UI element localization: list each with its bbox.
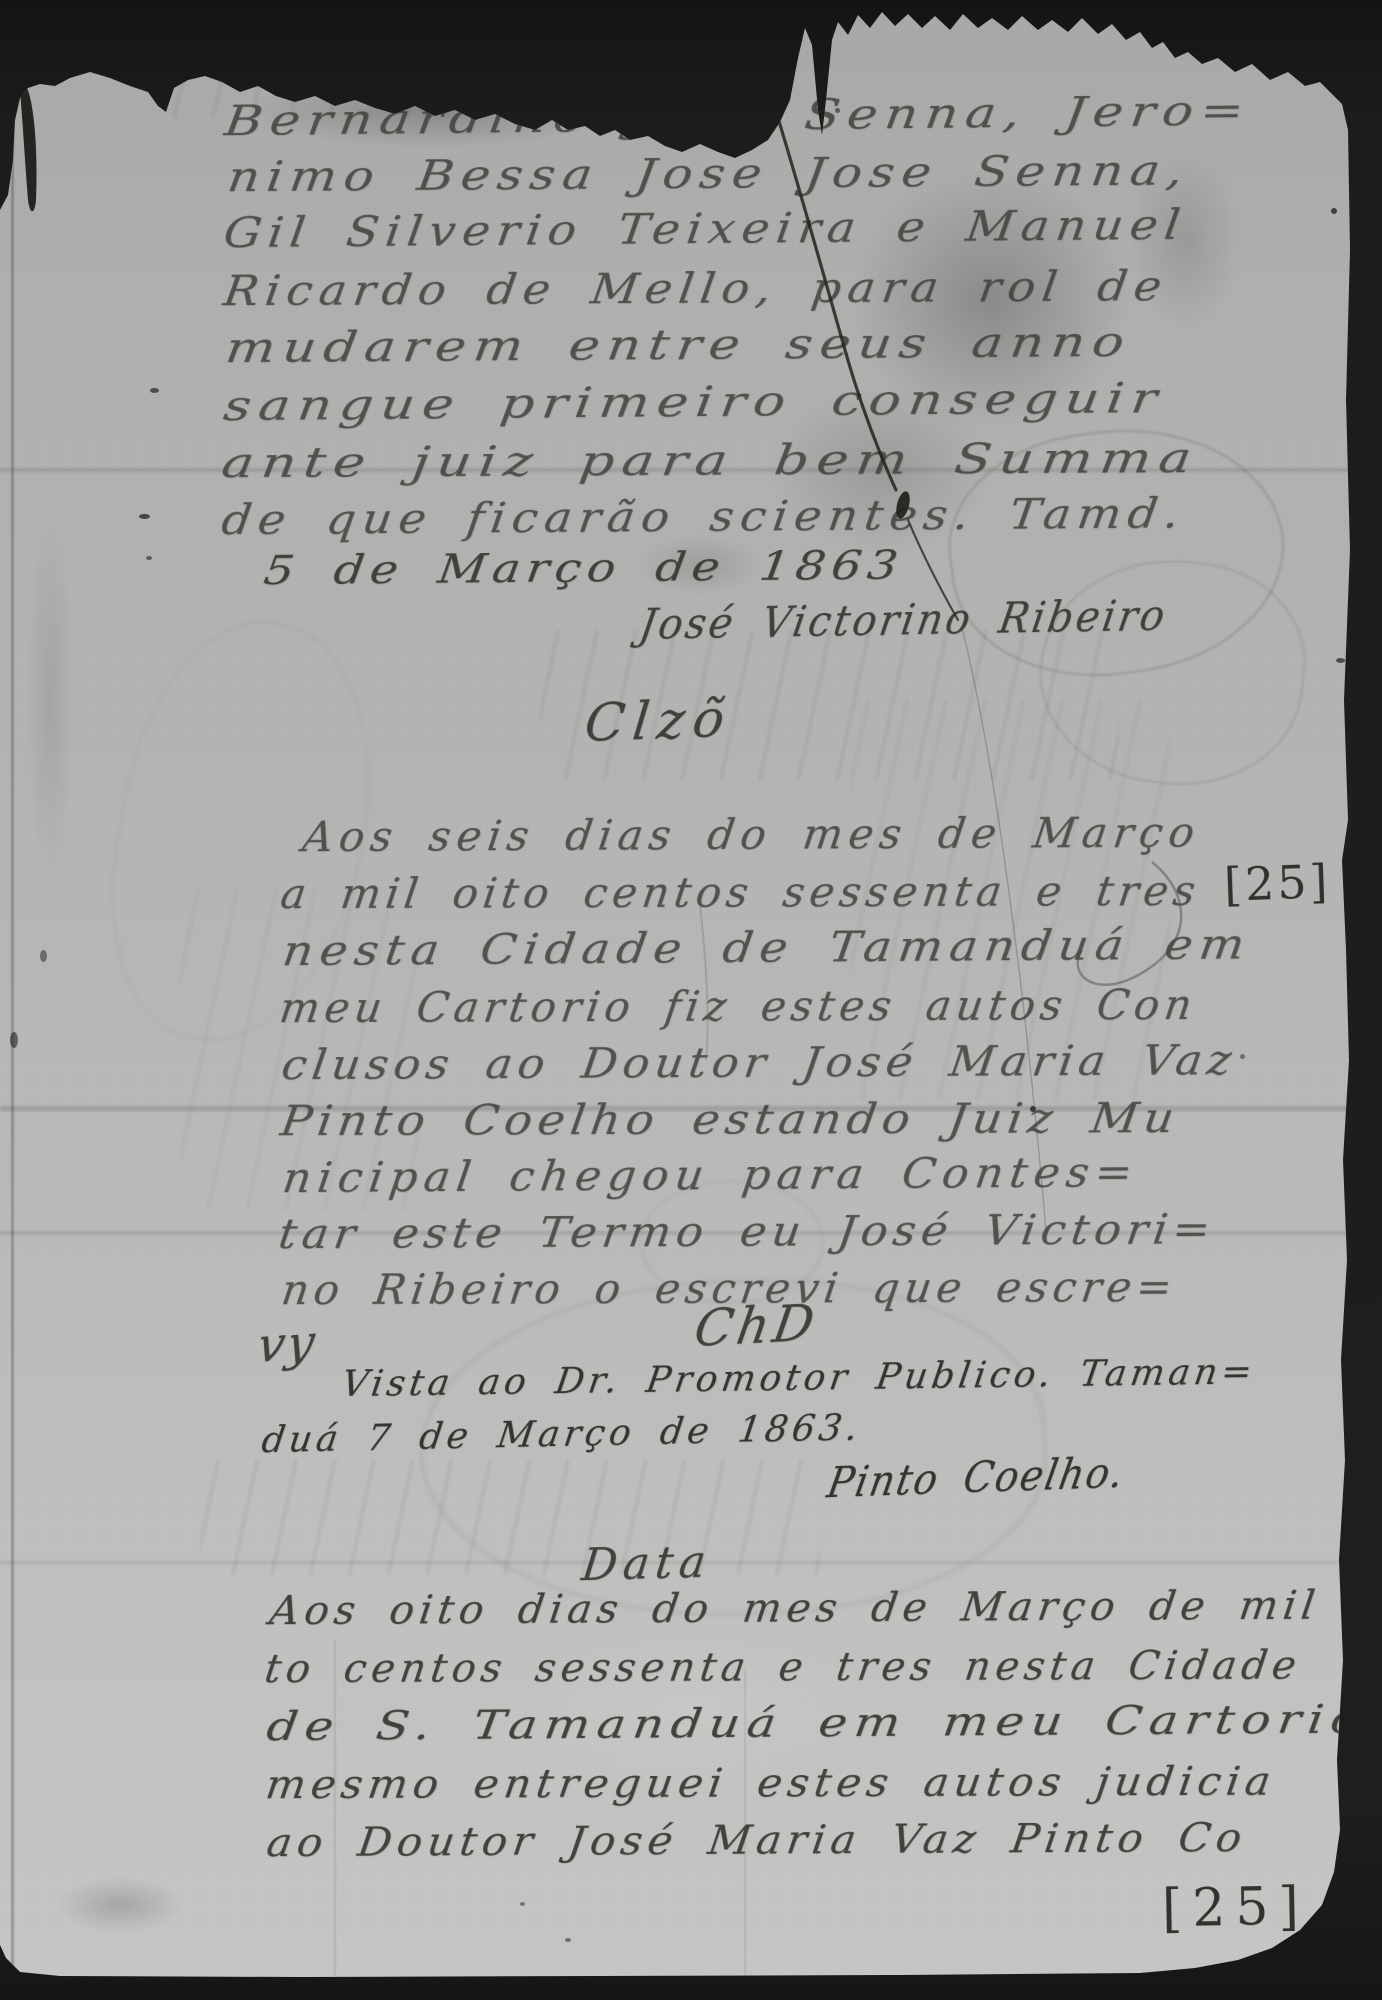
- page-number-bottom: [25]: [1161, 1877, 1309, 1940]
- page-number-top: [25]: [1223, 854, 1331, 912]
- manuscript-line: nesta Cidade de Tamanduá em: [280, 919, 1254, 975]
- manuscript-line: sangue primeiro conseguir: [221, 373, 1168, 430]
- manuscript-line: to centos sessenta e tres nesta Cidade: [262, 1642, 1304, 1692]
- water-stain: [1029, 547, 1315, 797]
- ink-speck: [10, 1032, 18, 1048]
- section-heading-data: Data: [579, 1537, 714, 1592]
- manuscript-line: mesmo entreguei estes autos judicia: [263, 1758, 1279, 1808]
- manuscript-line: tar este Termo eu José Victori=: [276, 1204, 1219, 1258]
- ink-speck: [150, 388, 159, 393]
- manuscript-line: ante juiz para bem Summa: [219, 433, 1202, 487]
- ink-speck: [146, 556, 152, 560]
- scanned-manuscript-page: Bernardino Jose Senna, Jero= nimo Bessa …: [0, 0, 1382, 2000]
- manuscript-line: clusos ao Doutor José Maria Vaz: [279, 1035, 1240, 1089]
- vertical-crease: [11, 120, 14, 1970]
- manuscript-line: Pinto Coelho estando Juiz Mu: [278, 1093, 1183, 1145]
- ink-bleedthrough: [200, 1460, 820, 1575]
- manuscript-line: nicipal chegou para Contes=: [280, 1147, 1142, 1202]
- manuscript-line: a mil oito centos sessenta e tres: [278, 866, 1204, 918]
- vista-line: duá 7 de Março de 1863.: [259, 1407, 864, 1461]
- ink-speck: [139, 514, 150, 519]
- manuscript-line: Aos oito dias do mes de Março de mil oi=: [267, 1582, 1382, 1634]
- ink-speck: [40, 950, 47, 962]
- vista-line: Vista ao Dr. Promotor Publico. Taman=: [339, 1351, 1258, 1405]
- manuscript-line: de que ficarão scientes. Tamd.: [219, 488, 1189, 544]
- manuscript-line: ao Doutor José Maria Vaz Pinto Co: [264, 1815, 1250, 1866]
- flourish-vy: vy: [254, 1314, 320, 1375]
- paper-sheet: Bernardino Jose Senna, Jero= nimo Bessa …: [0, 0, 1382, 2000]
- manuscript-line: Aos seis dias do mes de Março: [300, 807, 1204, 861]
- manuscript-line: Gil Silverio Teixeira e Manuel: [221, 200, 1190, 257]
- ink-speck: [520, 1902, 525, 1906]
- signature: José Victorino Ribeiro: [636, 591, 1171, 649]
- section-heading-conclusao: Clzõ: [582, 689, 735, 754]
- manuscript-line: Ricardo de Mello, para rol de: [221, 261, 1172, 315]
- ink-speck: [1331, 208, 1337, 214]
- manuscript-line: de S. Tamanduá em meu Cartorio: [264, 1696, 1370, 1750]
- clerk-rubric: ChD: [690, 1293, 822, 1358]
- manuscript-line: mudarem entre seus anno: [223, 317, 1135, 372]
- manuscript-line: nimo Bessa Jose Jose Senna,: [225, 145, 1193, 201]
- signature: Pinto Coelho.: [824, 1447, 1129, 1507]
- manuscript-line: meu Cartorio fiz estes autos Con: [277, 980, 1200, 1032]
- ink-speck: [565, 1938, 571, 1942]
- manuscript-line: Bernardino Jose Senna, Jero=: [222, 85, 1254, 145]
- ink-speck: [1336, 658, 1345, 663]
- date-line: 5 de Março de 1863: [261, 542, 906, 594]
- ink-speck: [1240, 1054, 1245, 1059]
